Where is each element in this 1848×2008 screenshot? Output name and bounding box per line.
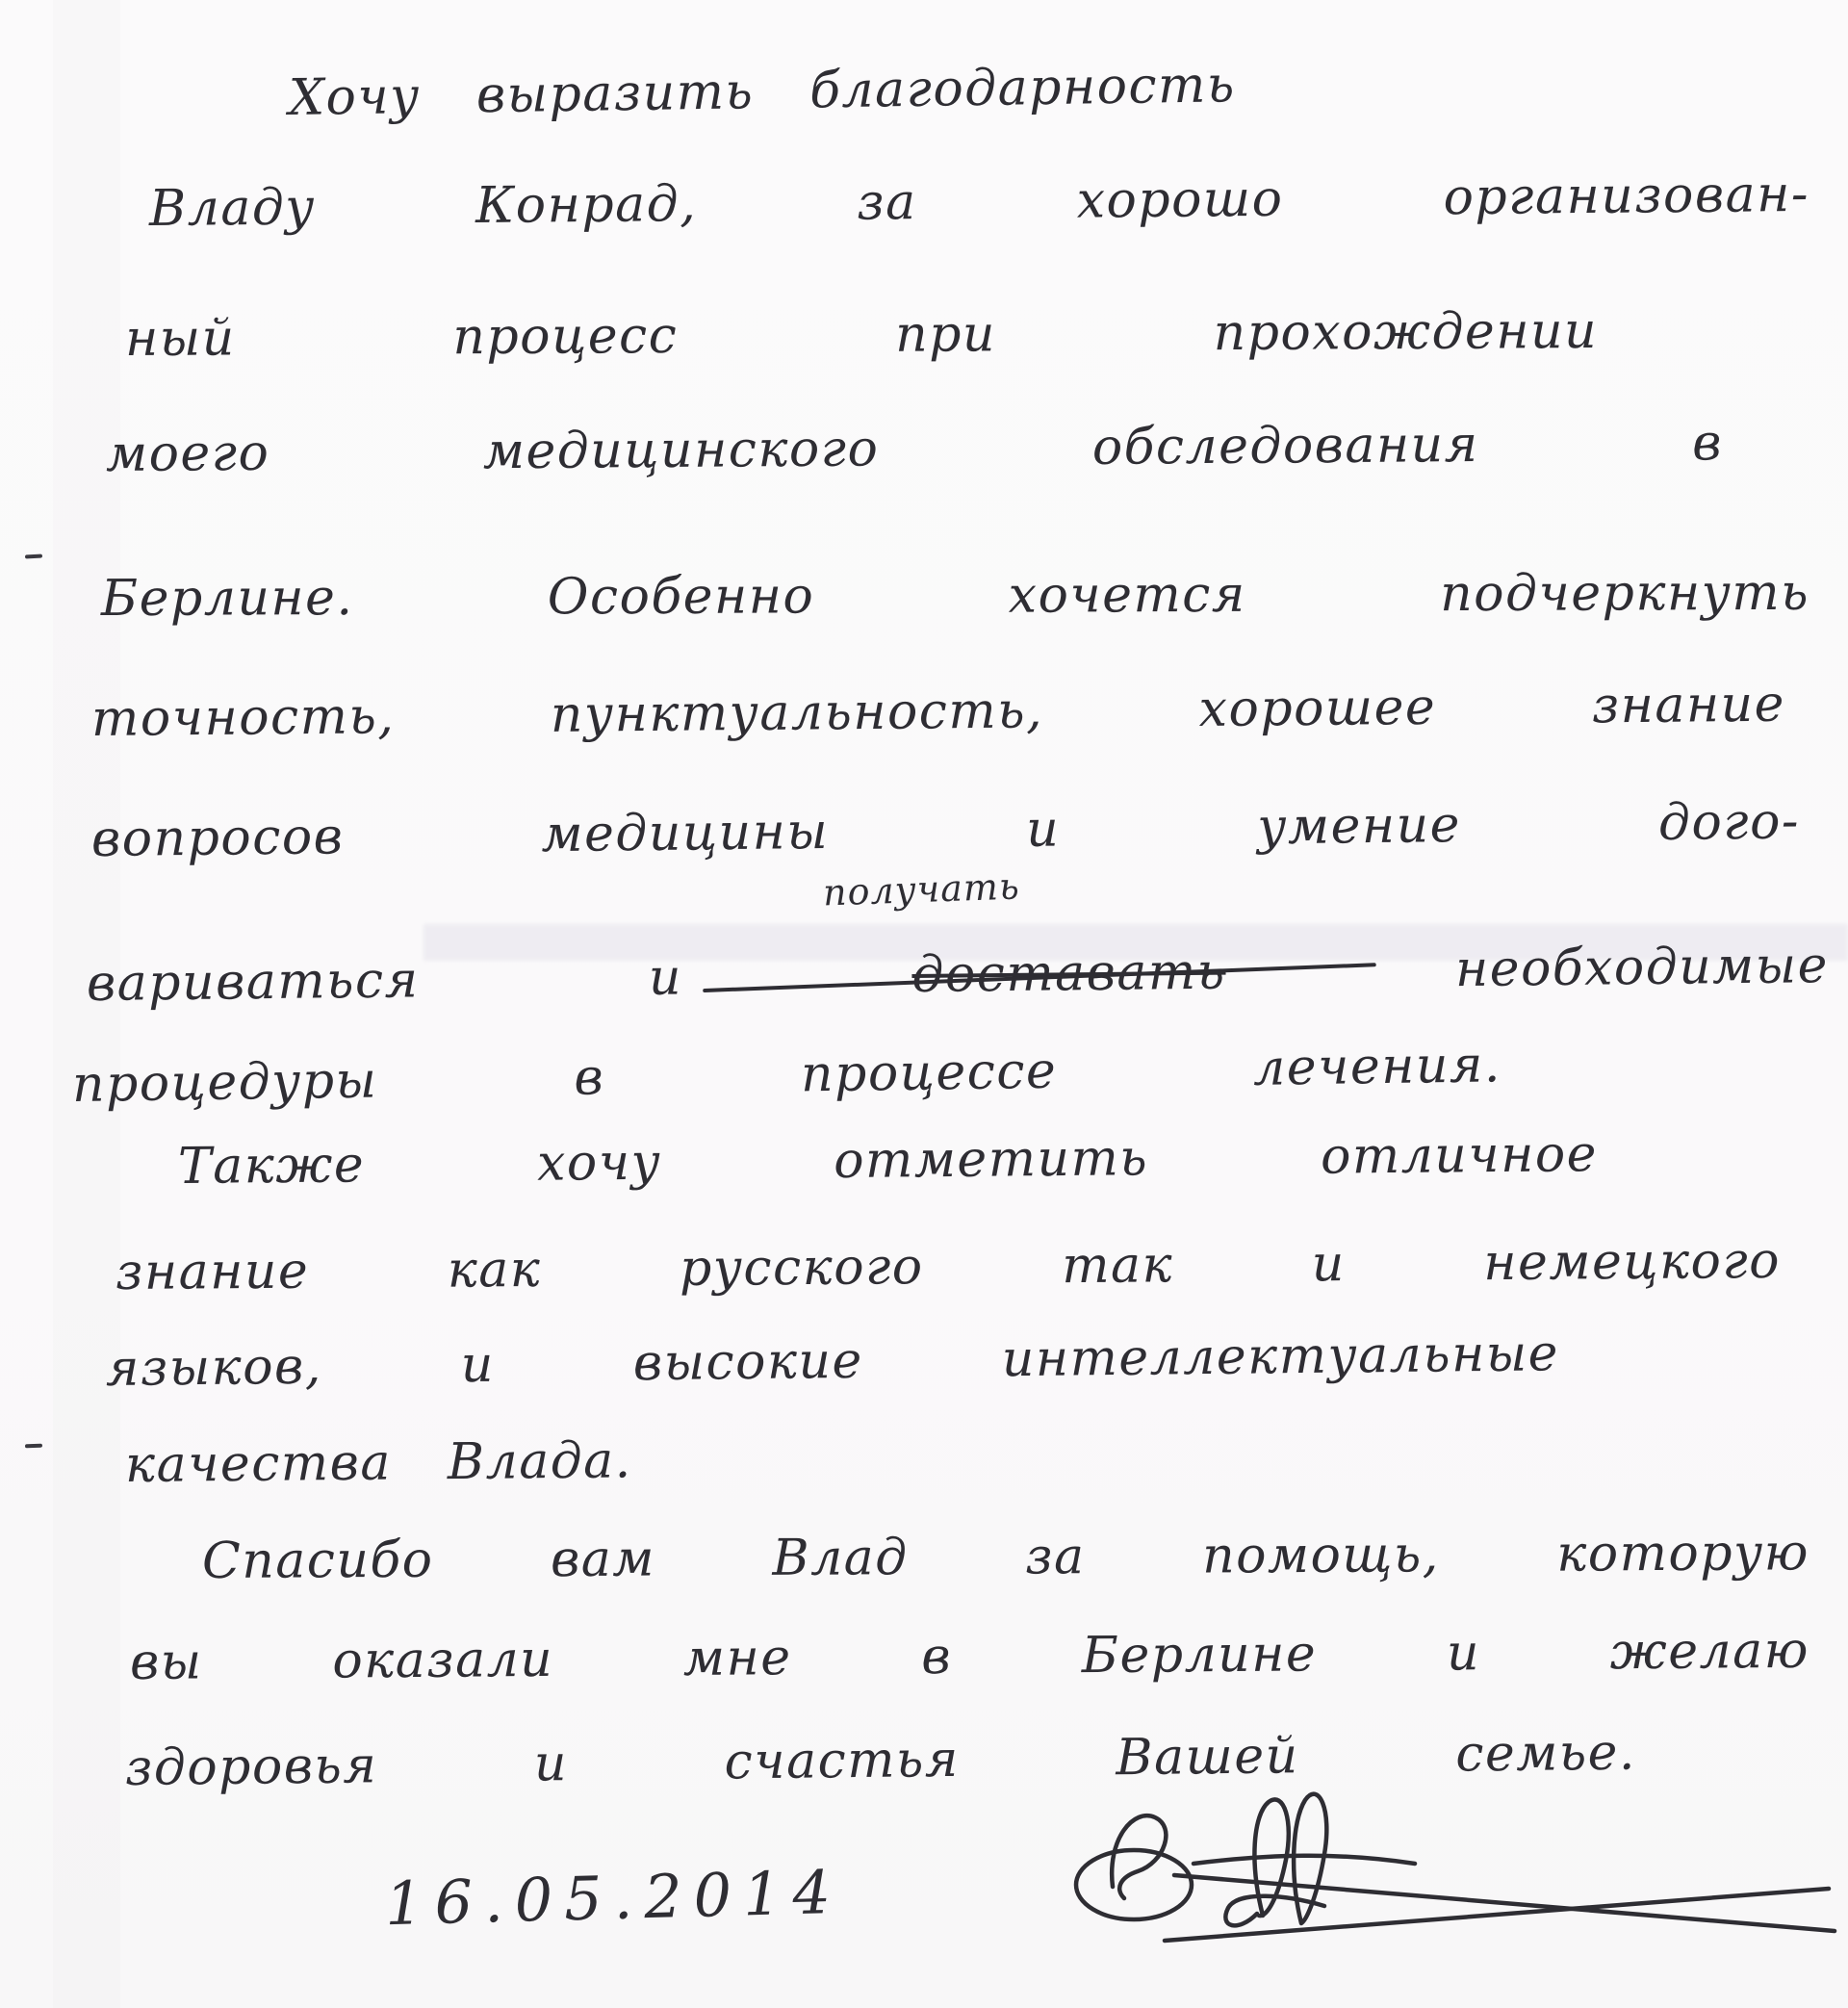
letter-line: качества Влада. [125, 1429, 838, 1497]
letter-line: Хочу выразить благодарность [289, 49, 1570, 130]
letter-line: процедуры в процессе лечения. [72, 1034, 1502, 1117]
margin-dash-mark [25, 554, 42, 559]
letter-line: вы оказали мне в Берлине и желаю [130, 1620, 1809, 1694]
letter-line: языков, и высокие интеллектуальные [106, 1323, 1560, 1401]
correction-conjunction: и [649, 947, 683, 1010]
correction-after-text: необходимые [1455, 935, 1830, 1001]
margin-dash-mark [25, 1444, 42, 1449]
letter-line-with-correction: вариваться и доставать необходимые [87, 935, 1830, 1016]
letter-line: Также хочу отметить отличное [178, 1123, 1599, 1198]
letter-line: вопросов медицины и умение дого- [91, 790, 1801, 871]
letter-line: Владу Конрад, за хорошо организован- [149, 164, 1810, 241]
letter-line: моего медицинского обследования в [106, 412, 1723, 486]
letter-date: 16.05.2014 [384, 1857, 843, 1939]
letter-line: Спасибо вам Влад за помощь, которую [202, 1522, 1809, 1593]
inserted-word-above-strikethrough: получать [822, 864, 1020, 914]
letter-line: знание как русского так и немецкого [115, 1230, 1781, 1304]
letter-line: Берлине. Особенно хочется подчеркнуть [101, 562, 1809, 631]
correction-before-text: вариваться [87, 949, 420, 1016]
letter-line: точность, пунктуальность, хорошее знание [91, 674, 1786, 751]
scanned-letter-page: Хочу выразить благодарность Владу Конрад… [0, 0, 1848, 2008]
letter-line: ный процесс при прохождении [125, 300, 1598, 371]
signature-flourish [1020, 1771, 1848, 2002]
